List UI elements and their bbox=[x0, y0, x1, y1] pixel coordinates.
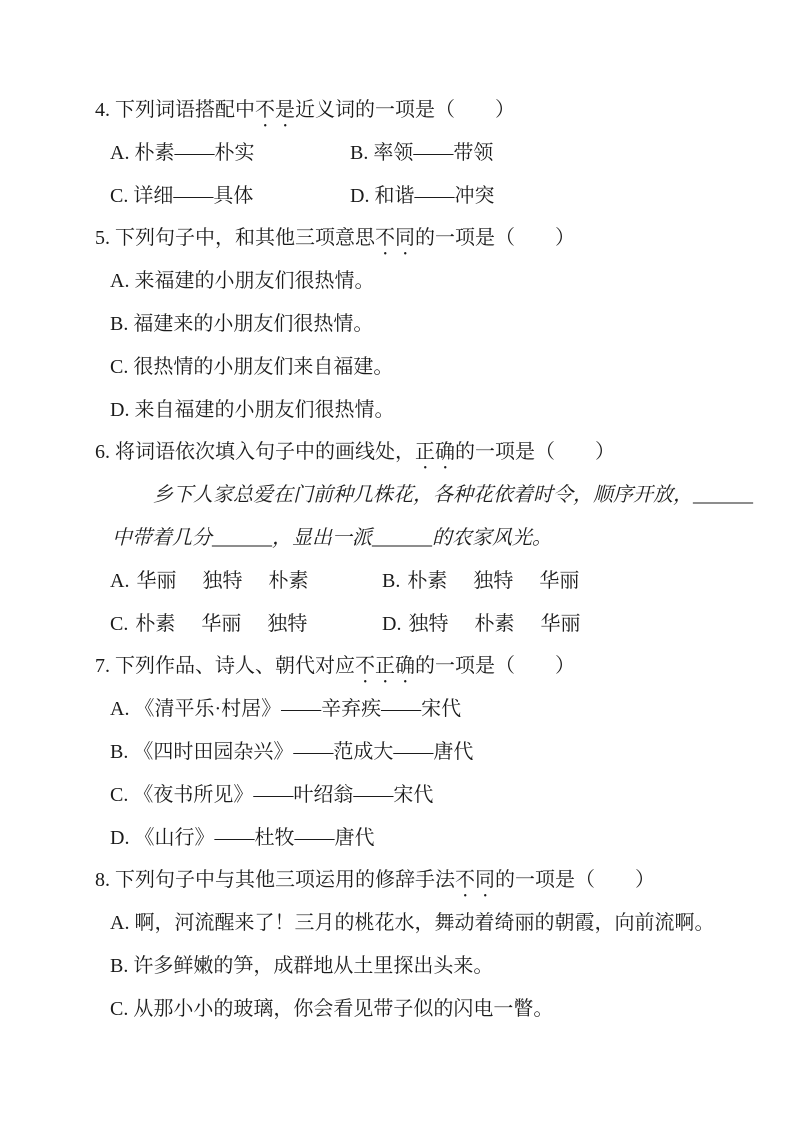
option-letter: D. bbox=[382, 613, 401, 635]
question-6-options-row-1: A.华丽独特朴素 B.朴素独特华丽 bbox=[110, 560, 753, 603]
option-word: 独特 bbox=[473, 570, 513, 592]
question-7-option-d: D. 《山行》——杜牧——唐代 bbox=[110, 817, 753, 860]
option-letter: C. bbox=[110, 613, 128, 635]
question-4-stem: 4. 下列词语搭配中不是近义词的一项是（ ） bbox=[95, 89, 753, 132]
stem-text-pre: 4. 下列词语搭配中 bbox=[95, 99, 255, 121]
option-word: 独特 bbox=[202, 570, 242, 592]
emphasized-text: 不同 bbox=[455, 869, 495, 891]
question-6-option-d: D.独特朴素华丽 bbox=[382, 603, 753, 646]
question-5-option-a: A. 来福建的小朋友们很热情。 bbox=[110, 260, 753, 303]
question-8-option-c: C. 从那小小的玻璃，你会看见带子似的闪电一瞥。 bbox=[110, 988, 753, 1031]
emphasized-text: 正确 bbox=[415, 441, 455, 463]
exam-page: 4. 下列词语搭配中不是近义词的一项是（ ） A. 朴素——朴实 B. 率领——… bbox=[0, 0, 793, 1122]
emphasized-text: 不正确 bbox=[355, 655, 415, 677]
stem-text-post: 的一项是（ ） bbox=[415, 655, 575, 677]
question-5-option-c: C. 很热情的小朋友们来自福建。 bbox=[110, 346, 753, 389]
option-word: 朴素 bbox=[135, 613, 175, 635]
stem-text-post: 近义词的一项是（ ） bbox=[295, 99, 515, 121]
question-6-passage-line-1: 乡下人家总爱在门前种几株花，各种花依着时令，顺序开放，______ bbox=[95, 474, 753, 517]
question-4-option-c: C. 详细——具体 bbox=[110, 175, 350, 218]
emphasized-text: 不是 bbox=[255, 99, 295, 121]
stem-text-post: 的一项是（ ） bbox=[495, 869, 655, 891]
option-word: 华丽 bbox=[540, 613, 580, 635]
question-4-options-row-1: A. 朴素——朴实 B. 率领——带领 bbox=[110, 132, 753, 175]
stem-text-pre: 8. 下列句子中与其他三项运用的修辞手法 bbox=[95, 869, 455, 891]
option-letter: B. bbox=[382, 570, 400, 592]
option-word: 朴素 bbox=[474, 613, 514, 635]
option-word: 朴素 bbox=[268, 570, 308, 592]
option-letter: A. bbox=[110, 570, 129, 592]
question-6-option-c: C.朴素华丽独特 bbox=[110, 603, 382, 646]
question-6-option-b: B.朴素独特华丽 bbox=[382, 560, 753, 603]
question-7-stem: 7. 下列作品、诗人、朝代对应不正确的一项是（ ） bbox=[95, 645, 753, 688]
stem-text-pre: 6. 将词语依次填入句子中的画线处， bbox=[95, 441, 415, 463]
question-7-option-c: C. 《夜书所见》——叶绍翁——宋代 bbox=[110, 774, 753, 817]
option-word: 朴素 bbox=[407, 570, 447, 592]
question-5-option-b: B. 福建来的小朋友们很热情。 bbox=[110, 303, 753, 346]
question-6-stem: 6. 将词语依次填入句子中的画线处，正确的一项是（ ） bbox=[95, 431, 753, 474]
question-4-option-a: A. 朴素——朴实 bbox=[110, 132, 350, 175]
question-4-option-d: D. 和谐——冲突 bbox=[350, 175, 753, 218]
question-8-option-a: A. 啊，河流醒来了！三月的桃花水，舞动着绮丽的朝霞，向前流啊。 bbox=[110, 902, 753, 945]
option-word: 华丽 bbox=[201, 613, 241, 635]
question-6-passage-line-2: 中带着几分______，显出一派______的农家风光。 bbox=[95, 517, 753, 560]
question-8-stem: 8. 下列句子中与其他三项运用的修辞手法不同的一项是（ ） bbox=[95, 859, 753, 902]
stem-text-post: 的一项是（ ） bbox=[455, 441, 615, 463]
question-5-stem: 5. 下列句子中，和其他三项意思不同的一项是（ ） bbox=[95, 217, 753, 260]
option-word: 独特 bbox=[408, 613, 448, 635]
option-word: 独特 bbox=[267, 613, 307, 635]
question-8-option-b: B. 许多鲜嫩的笋，成群地从土里探出头来。 bbox=[110, 945, 753, 988]
question-5-option-d: D. 来自福建的小朋友们很热情。 bbox=[110, 389, 753, 432]
question-4-options-row-2: C. 详细——具体 D. 和谐——冲突 bbox=[110, 175, 753, 218]
option-word: 华丽 bbox=[136, 570, 176, 592]
question-7-option-b: B. 《四时田园杂兴》——范成大——唐代 bbox=[110, 731, 753, 774]
emphasized-text: 不同 bbox=[375, 227, 415, 249]
stem-text-pre: 7. 下列作品、诗人、朝代对应 bbox=[95, 655, 355, 677]
option-word: 华丽 bbox=[539, 570, 579, 592]
question-4-option-b: B. 率领——带领 bbox=[350, 132, 753, 175]
question-6-options-row-2: C.朴素华丽独特 D.独特朴素华丽 bbox=[110, 603, 753, 646]
stem-text-pre: 5. 下列句子中，和其他三项意思 bbox=[95, 227, 375, 249]
question-7-option-a: A. 《清平乐·村居》——辛弃疾——宋代 bbox=[110, 688, 753, 731]
stem-text-post: 的一项是（ ） bbox=[415, 227, 575, 249]
question-6-option-a: A.华丽独特朴素 bbox=[110, 560, 382, 603]
